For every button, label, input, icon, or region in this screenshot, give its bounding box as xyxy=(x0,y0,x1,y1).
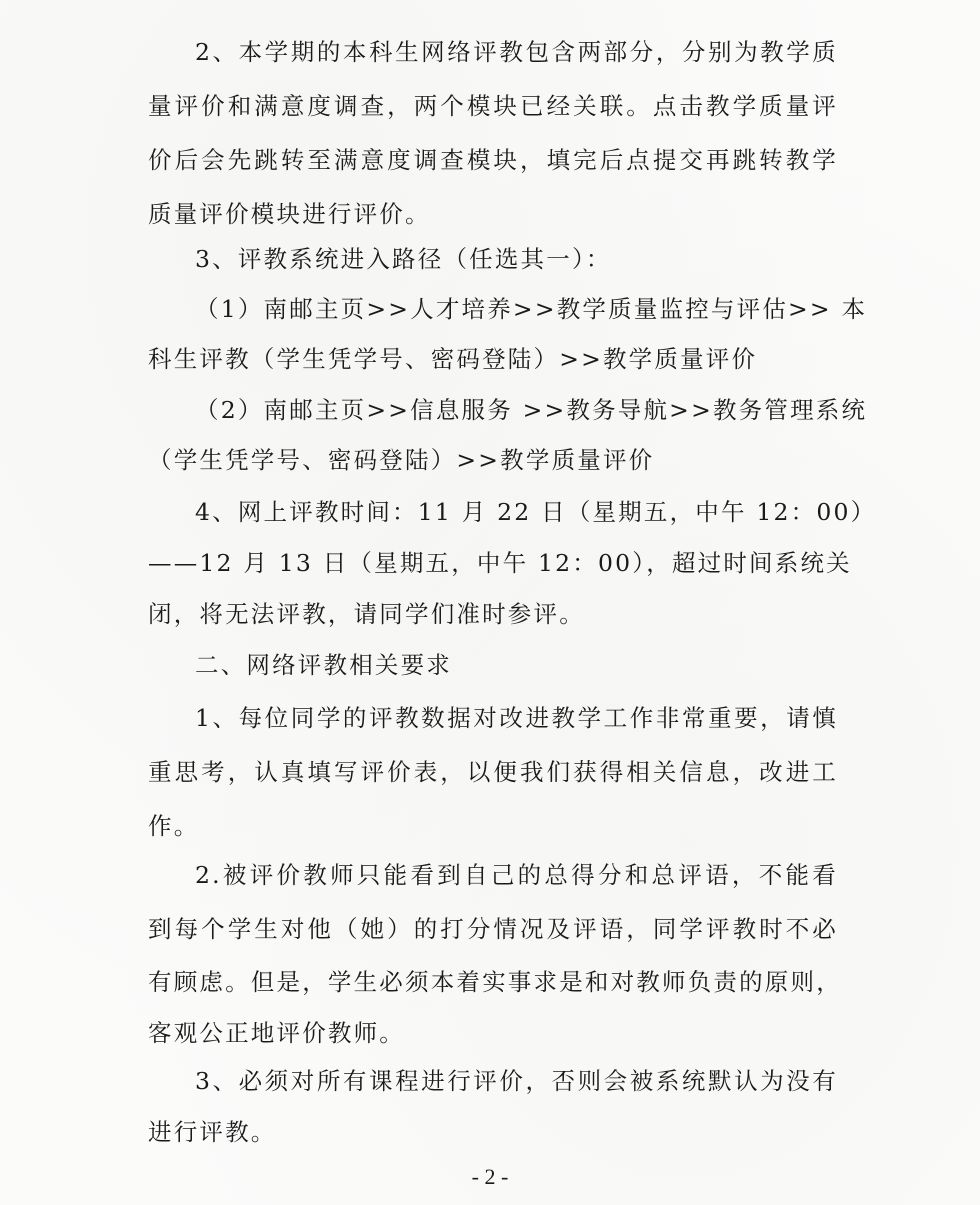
text-line: （1）南邮主页>>人才培养>>教学质量监控与评估>> 本 xyxy=(195,294,838,324)
document-page: 2、本学期的本科生网络评教包含两部分，分别为教学质 量评价和满意度调查，两个模块… xyxy=(0,0,980,1205)
text-line: （学生凭学号、密码登陆）>>教学质量评价 xyxy=(148,445,838,475)
text-line: 价后会先跳转至满意度调查模块，填完后点提交再跳转教学 xyxy=(148,145,838,175)
text-line: ——12 月 13 日（星期五，中午 12：00），超过时间系统关 xyxy=(148,548,838,578)
text-line: 科生评教（学生凭学号、密码登陆）>>教学质量评价 xyxy=(148,344,838,374)
text-line: 有顾虑。但是，学生必须本着实事求是和对教师负责的原则， xyxy=(148,967,838,997)
text-line: 重思考，认真填写评价表，以便我们获得相关信息，改进工 xyxy=(148,757,838,787)
text-line: 2、本学期的本科生网络评教包含两部分，分别为教学质 xyxy=(195,37,838,67)
text-line: （2）南邮主页>>信息服务 >>教务导航>>教务管理系统 xyxy=(195,395,838,425)
text-line: 到每个学生对他（她）的打分情况及评语，同学评教时不必 xyxy=(148,914,838,944)
text-line: 量评价和满意度调查，两个模块已经关联。点击教学质量评 xyxy=(148,91,838,121)
text-line: 1、每位同学的评教数据对改进教学工作非常重要，请慎 xyxy=(195,703,838,733)
text-line: 质量评价模块进行评价。 xyxy=(148,199,838,229)
text-line: 客观公正地评价教师。 xyxy=(148,1018,838,1048)
page-number: - 2 - xyxy=(0,1162,980,1192)
text-line: 进行评教。 xyxy=(148,1117,838,1147)
text-line: 4、网上评教时间：11 月 22 日（星期五，中午 12：00） xyxy=(195,497,838,527)
text-line: 3、评教系统进入路径（任选其一）： xyxy=(195,244,838,274)
text-line: 作。 xyxy=(148,811,838,841)
text-line: 闭，将无法评教，请同学们准时参评。 xyxy=(148,599,838,629)
text-line: 2.被评价教师只能看到自己的总得分和总评语，不能看 xyxy=(195,860,838,890)
section-heading: 二、网络评教相关要求 xyxy=(195,650,838,680)
text-line: 3、必须对所有课程进行评价，否则会被系统默认为没有 xyxy=(195,1066,838,1096)
